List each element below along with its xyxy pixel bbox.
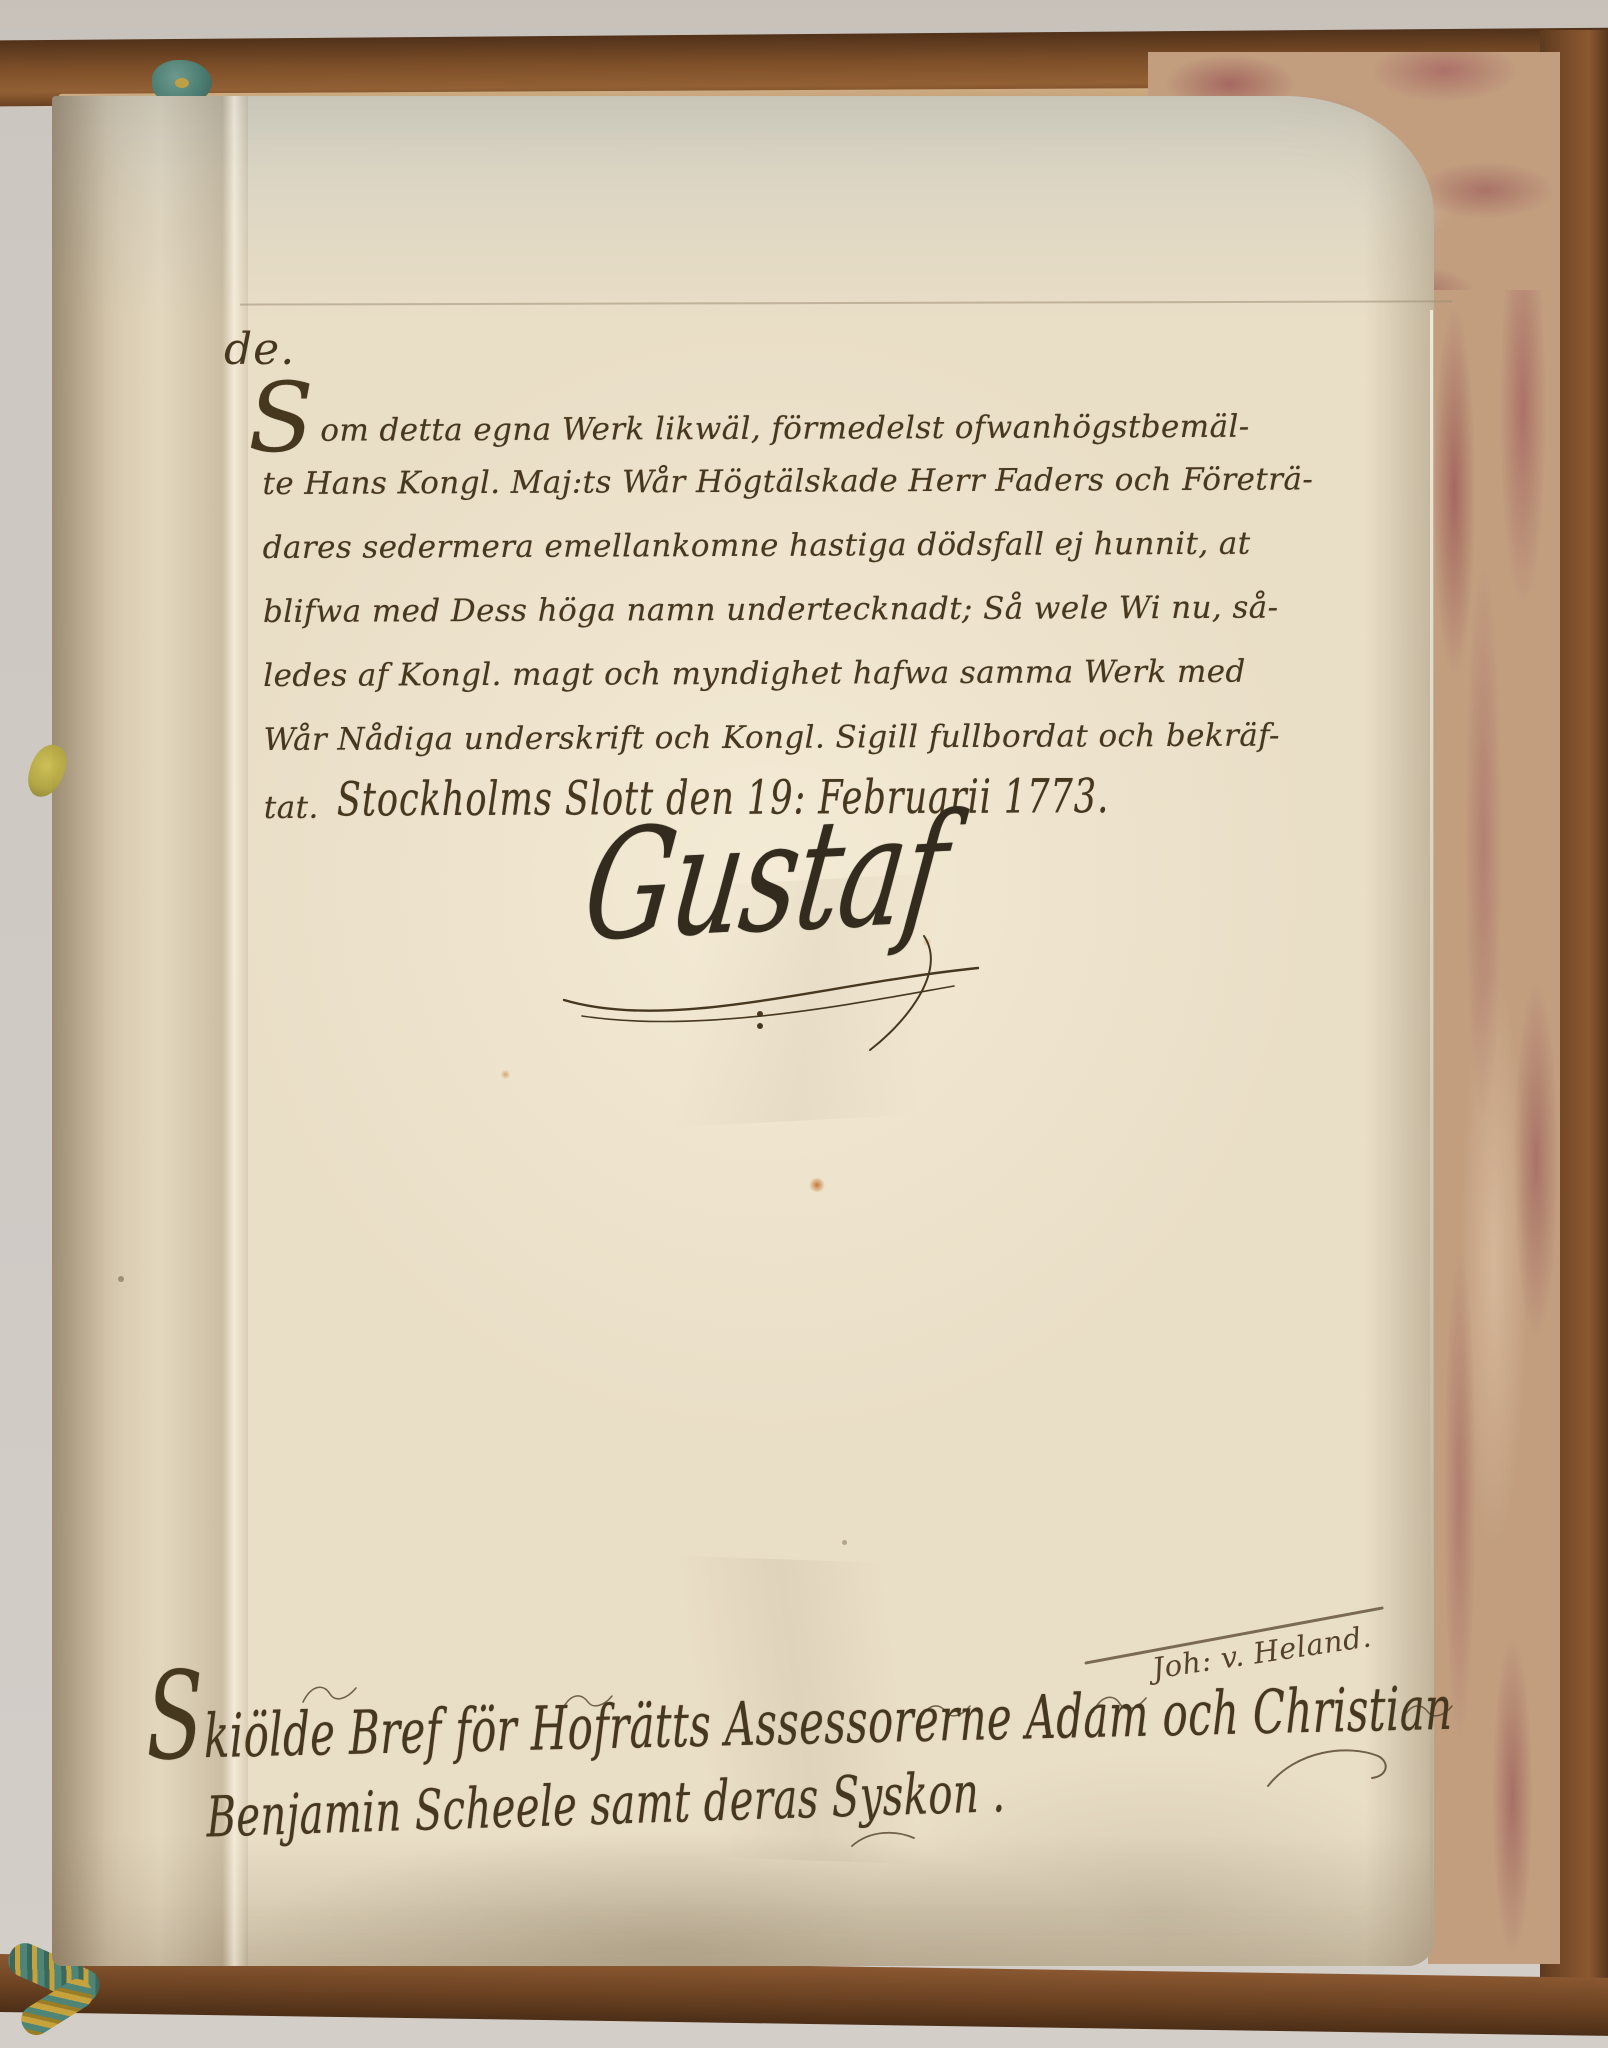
body-line: ledes af Kongl. magt och myndighet hafwa… (263, 640, 1283, 708)
dateline-prefix: tat. (264, 790, 319, 826)
signature-flourish-icon (552, 928, 992, 1058)
ink-speck (842, 1540, 847, 1545)
foxing-spot (500, 1070, 511, 1079)
foxing-spot (808, 1178, 826, 1192)
endband-top-thread (175, 78, 189, 88)
body-line: Som detta egna Werk likwäl, förmedelst o… (262, 384, 1282, 452)
body-text: Som detta egna Werk likwäl, förmedelst o… (262, 384, 1284, 852)
body-line: blifwa med Dess höga namn undertecknadt;… (263, 576, 1283, 644)
drop-cap-initial: S (248, 398, 314, 438)
ink-speck (118, 1276, 124, 1282)
body-line: te Hans Kongl. Maj:ts Wår Högtälskade He… (262, 448, 1282, 516)
caption-swash-icon (1262, 1742, 1394, 1800)
body-line: dares sedermera emellankomne hastiga död… (263, 512, 1283, 580)
body-line-text: om detta egna Werk likwäl, förmedelst of… (320, 409, 1249, 449)
caption-swash-icon (848, 1826, 918, 1854)
